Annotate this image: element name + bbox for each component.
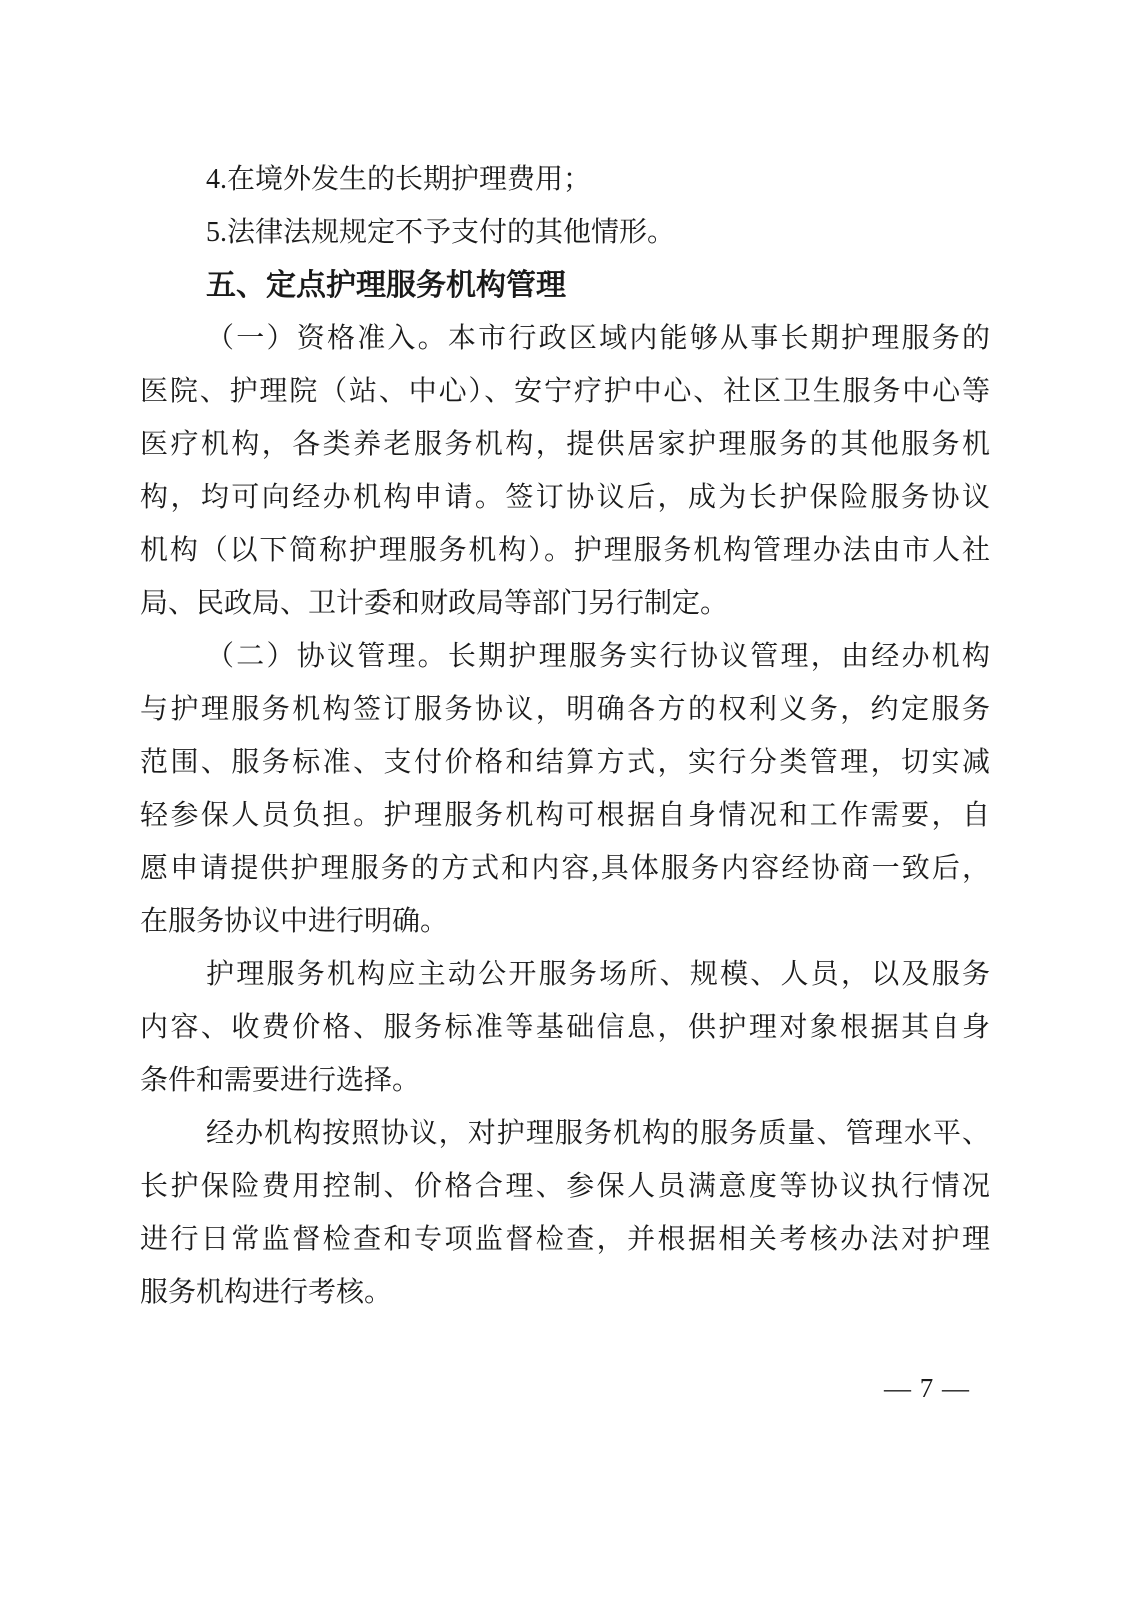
paragraph-1-line-3: 医疗机构，各类养老服务机构，提供居家护理服务的其他服务机 bbox=[140, 418, 990, 471]
paragraph-4-line-2: 长护保险费用控制、价格合理、参保人员满意度等协议执行情况 bbox=[140, 1160, 990, 1213]
paragraph-2-line-2: 与护理服务机构签订服务协议，明确各方的权利义务，约定服务 bbox=[140, 683, 990, 736]
paragraph-2-line-1: （二）协议管理。长期护理服务实行协议管理，由经办机构 bbox=[140, 630, 990, 683]
paragraph-1-line-5: 机构（以下简称护理服务机构）。护理服务机构管理办法由市人社 bbox=[140, 524, 990, 577]
document-page: 4.在境外发生的长期护理费用； 5.法律法规规定不予支付的其他情形。 五、定点护… bbox=[0, 0, 1131, 1600]
paragraph-2-line-5: 愿申请提供护理服务的方式和内容,具体服务内容经协商一致后， bbox=[140, 842, 990, 895]
paragraph-4-line-3: 进行日常监督检查和专项监督检查，并根据相关考核办法对护理 bbox=[140, 1213, 990, 1266]
paragraph-4-line-4: 服务机构进行考核。 bbox=[140, 1266, 990, 1319]
paragraph-4-line-1: 经办机构按照协议，对护理服务机构的服务质量、管理水平、 bbox=[140, 1107, 990, 1160]
paragraph-3-line-3: 条件和需要进行选择。 bbox=[140, 1054, 990, 1107]
paragraph-2-line-6: 在服务协议中进行明确。 bbox=[140, 895, 990, 948]
paragraph-2-line-3: 范围、服务标准、支付价格和结算方式，实行分类管理，切实减 bbox=[140, 736, 990, 789]
paragraph-3-line-1: 护理服务机构应主动公开服务场所、规模、人员，以及服务 bbox=[140, 948, 990, 1001]
paragraph-1-line-1: （一）资格准入。本市行政区域内能够从事长期护理服务的 bbox=[140, 312, 990, 365]
text-content: 4.在境外发生的长期护理费用； 5.法律法规规定不予支付的其他情形。 五、定点护… bbox=[140, 153, 990, 1319]
paragraph-1-line-4: 构，均可向经办机构申请。签订协议后，成为长护保险服务协议 bbox=[140, 471, 990, 524]
list-item-4: 4.在境外发生的长期护理费用； bbox=[140, 153, 990, 206]
list-item-5: 5.法律法规规定不予支付的其他情形。 bbox=[140, 206, 990, 259]
paragraph-1-line-2: 医院、护理院（站、中心）、安宁疗护中心、社区卫生服务中心等 bbox=[140, 365, 990, 418]
paragraph-3-line-2: 内容、收费价格、服务标准等基础信息，供护理对象根据其自身 bbox=[140, 1001, 990, 1054]
paragraph-1-line-6: 局、民政局、卫计委和财政局等部门另行制定。 bbox=[140, 577, 990, 630]
section-heading: 五、定点护理服务机构管理 bbox=[140, 259, 990, 312]
paragraph-2-line-4: 轻参保人员负担。护理服务机构可根据自身情况和工作需要，自 bbox=[140, 789, 990, 842]
page-number: — 7 — bbox=[884, 1372, 970, 1404]
